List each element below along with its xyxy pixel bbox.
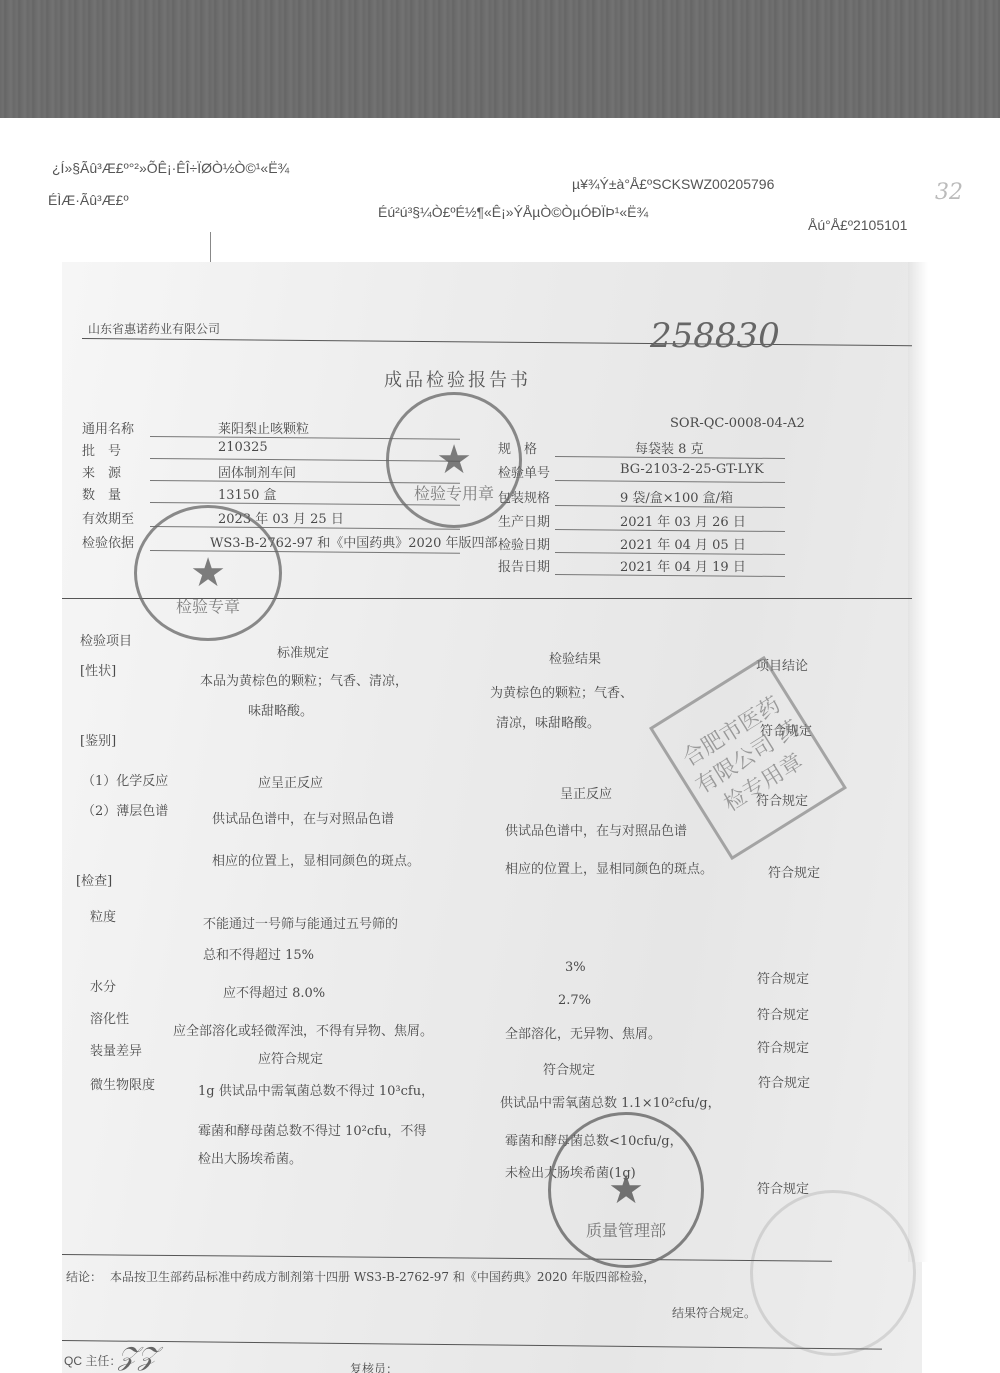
standard-text: 不能通过一号筛与能通过五号筛的 <box>203 913 398 932</box>
field-value: BG-2103-2-25-GT-LYK <box>620 462 764 477</box>
test-item: （2）薄层色谱 <box>82 800 168 819</box>
field-label: 检验日期 <box>498 534 550 553</box>
fax-document-number: µ¥¾Ý±à°Å£ºSCKSWZ00205796 <box>572 176 774 192</box>
standard-text: 本品为黄棕色的颗粒；气香、清凉， <box>200 670 408 689</box>
field-label: 数 量 <box>82 484 121 503</box>
inspection-seal-left: ★ 检验专章 <box>134 505 282 641</box>
result-text: 3% <box>565 960 586 975</box>
handwritten-number: 258830 <box>650 316 780 356</box>
result-text: 相应的位置上，显相同颜色的斑点。 <box>505 858 713 877</box>
standard-text: 应不得超过 8.0% <box>223 982 325 1001</box>
star-icon: ★ <box>190 550 226 596</box>
result-text: 为黄棕色的颗粒；气香、 <box>490 682 633 701</box>
result-text: 供试品中需氧菌总数 1.1×10²cfu/g， <box>500 1092 721 1111</box>
field-value: 2021 年 04 月 19 日 <box>620 556 746 575</box>
fax-batch-number: Åú°Å£º2105101 <box>808 217 907 233</box>
standard-text: 1g 供试品中需氧菌总数不得过 10³cfu， <box>198 1080 434 1099</box>
conclusion-text: 符合规定 <box>758 1072 810 1091</box>
header-test-item: 检验项目 <box>80 630 132 649</box>
header-standard: 标准规定 <box>277 642 329 661</box>
field-value: 固体制剂车间 <box>218 462 296 481</box>
field-value: 13150 盒 <box>218 484 277 503</box>
standard-text: 检出大肠埃希菌。 <box>198 1148 302 1167</box>
star-icon: ★ <box>608 1167 644 1213</box>
result-text: 2.7% <box>558 993 591 1008</box>
fax-manufacturer-line: Éú²ú³§¼Ò£ºÉ½¶«Ê¡»ÝÅµÒ©ÒµÓÐÏÞ¹«Ë¾ <box>378 204 648 220</box>
conclusion-text: 符合规定 <box>768 862 820 881</box>
field-label: 批 号 <box>82 440 121 459</box>
test-item: 微生物限度 <box>90 1074 155 1093</box>
field-label: 报告日期 <box>498 556 550 575</box>
section-identification: [鉴别] <box>80 730 116 749</box>
inspection-seal-top: ★ 检验专用章 <box>386 392 522 528</box>
qc-director-label: QC 主任： <box>64 1352 121 1369</box>
field-value: 莱阳梨止咳颗粒 <box>218 418 309 437</box>
fax-product-name-line: ÉÌÆ·Ãû³Æ£º <box>48 192 129 208</box>
page-mark: 32 <box>935 180 963 205</box>
conclusion-text: 符合规定 <box>757 1037 809 1056</box>
test-item: 水分 <box>90 976 116 995</box>
conclusion-label: 结论： <box>66 1268 102 1285</box>
test-item: 溶化性 <box>90 1008 129 1027</box>
standard-text: 相应的位置上，显相同颜色的斑点。 <box>212 850 420 869</box>
header-result: 检验结果 <box>549 648 601 667</box>
section-inspection: [检查] <box>76 870 112 889</box>
doc-code: SOR-QC-0008-04-A2 <box>670 416 805 431</box>
standard-text: 总和不得超过 15% <box>203 944 314 963</box>
field-label: 有效期至 <box>82 508 134 527</box>
test-item: 粒度 <box>90 906 116 925</box>
test-item: （1）化学反应 <box>82 770 168 789</box>
section-appearance: [性状] <box>80 660 116 679</box>
company-name: 山东省惠诺药业有限公司 <box>88 320 220 337</box>
field-value: 210325 <box>218 440 268 455</box>
fax-customer-line: ¿Í»§Ãû³Æ£º°²»ÕÊ¡·ÊÎ÷ÏØÒ½Ò©¹«Ë¾ <box>52 160 289 176</box>
conclusion-text: 符合规定 <box>757 968 809 987</box>
result-text: 符合规定 <box>543 1059 595 1078</box>
conclusion-result: 结果符合规定。 <box>672 1304 756 1321</box>
conclusion-text: 本品按卫生部药品标准中药成方制剂第十四册 WS3-B-2762-97 和《中国药… <box>110 1268 655 1285</box>
standard-text: 霉菌和酵母菌总数不得过 10²cfu，不得 <box>198 1120 426 1139</box>
quality-dept-seal: ★ 质量管理部 <box>548 1112 704 1268</box>
result-text: 全部溶化，无异物、焦屑。 <box>505 1023 661 1042</box>
report-title: 成品检验报告书 <box>384 366 531 392</box>
conclusion-text: 符合规定 <box>757 1004 809 1023</box>
field-label: 生产日期 <box>498 511 550 530</box>
standard-text: 应全部溶化或轻微浑浊，不得有异物、焦屑。 <box>173 1020 433 1039</box>
field-value: 2021 年 03 月 26 日 <box>620 511 746 530</box>
field-label: 通用名称 <box>82 418 134 437</box>
reviewer-label: 复核员： <box>350 1360 398 1373</box>
field-label: 来 源 <box>82 462 121 481</box>
scanner-edge <box>0 0 1000 122</box>
standard-text: 味甜略酸。 <box>248 700 313 719</box>
result-text: 供试品色谱中，在与对照品色谱 <box>505 820 687 839</box>
faint-seal <box>750 1190 916 1356</box>
conclusion-text: 符合规定 <box>757 1178 809 1197</box>
standard-text: 应符合规定 <box>258 1048 323 1067</box>
standard-text: 供试品色谱中，在与对照品色谱 <box>212 808 394 827</box>
star-icon: ★ <box>436 437 472 483</box>
field-value: 每袋装 8 克 <box>635 438 704 457</box>
standard-text: 应呈正反应 <box>258 772 323 791</box>
qc-signature: 𝒵𝒵 <box>118 1342 158 1373</box>
field-value: 2021 年 04 月 05 日 <box>620 534 746 553</box>
test-item: 装量差异 <box>90 1040 142 1059</box>
field-value: 9 袋/盒×100 盒/箱 <box>620 487 733 506</box>
result-text: 清凉，味甜略酸。 <box>496 712 600 731</box>
field-label: 检验依据 <box>82 532 134 551</box>
result-text: 呈正反应 <box>560 783 612 802</box>
